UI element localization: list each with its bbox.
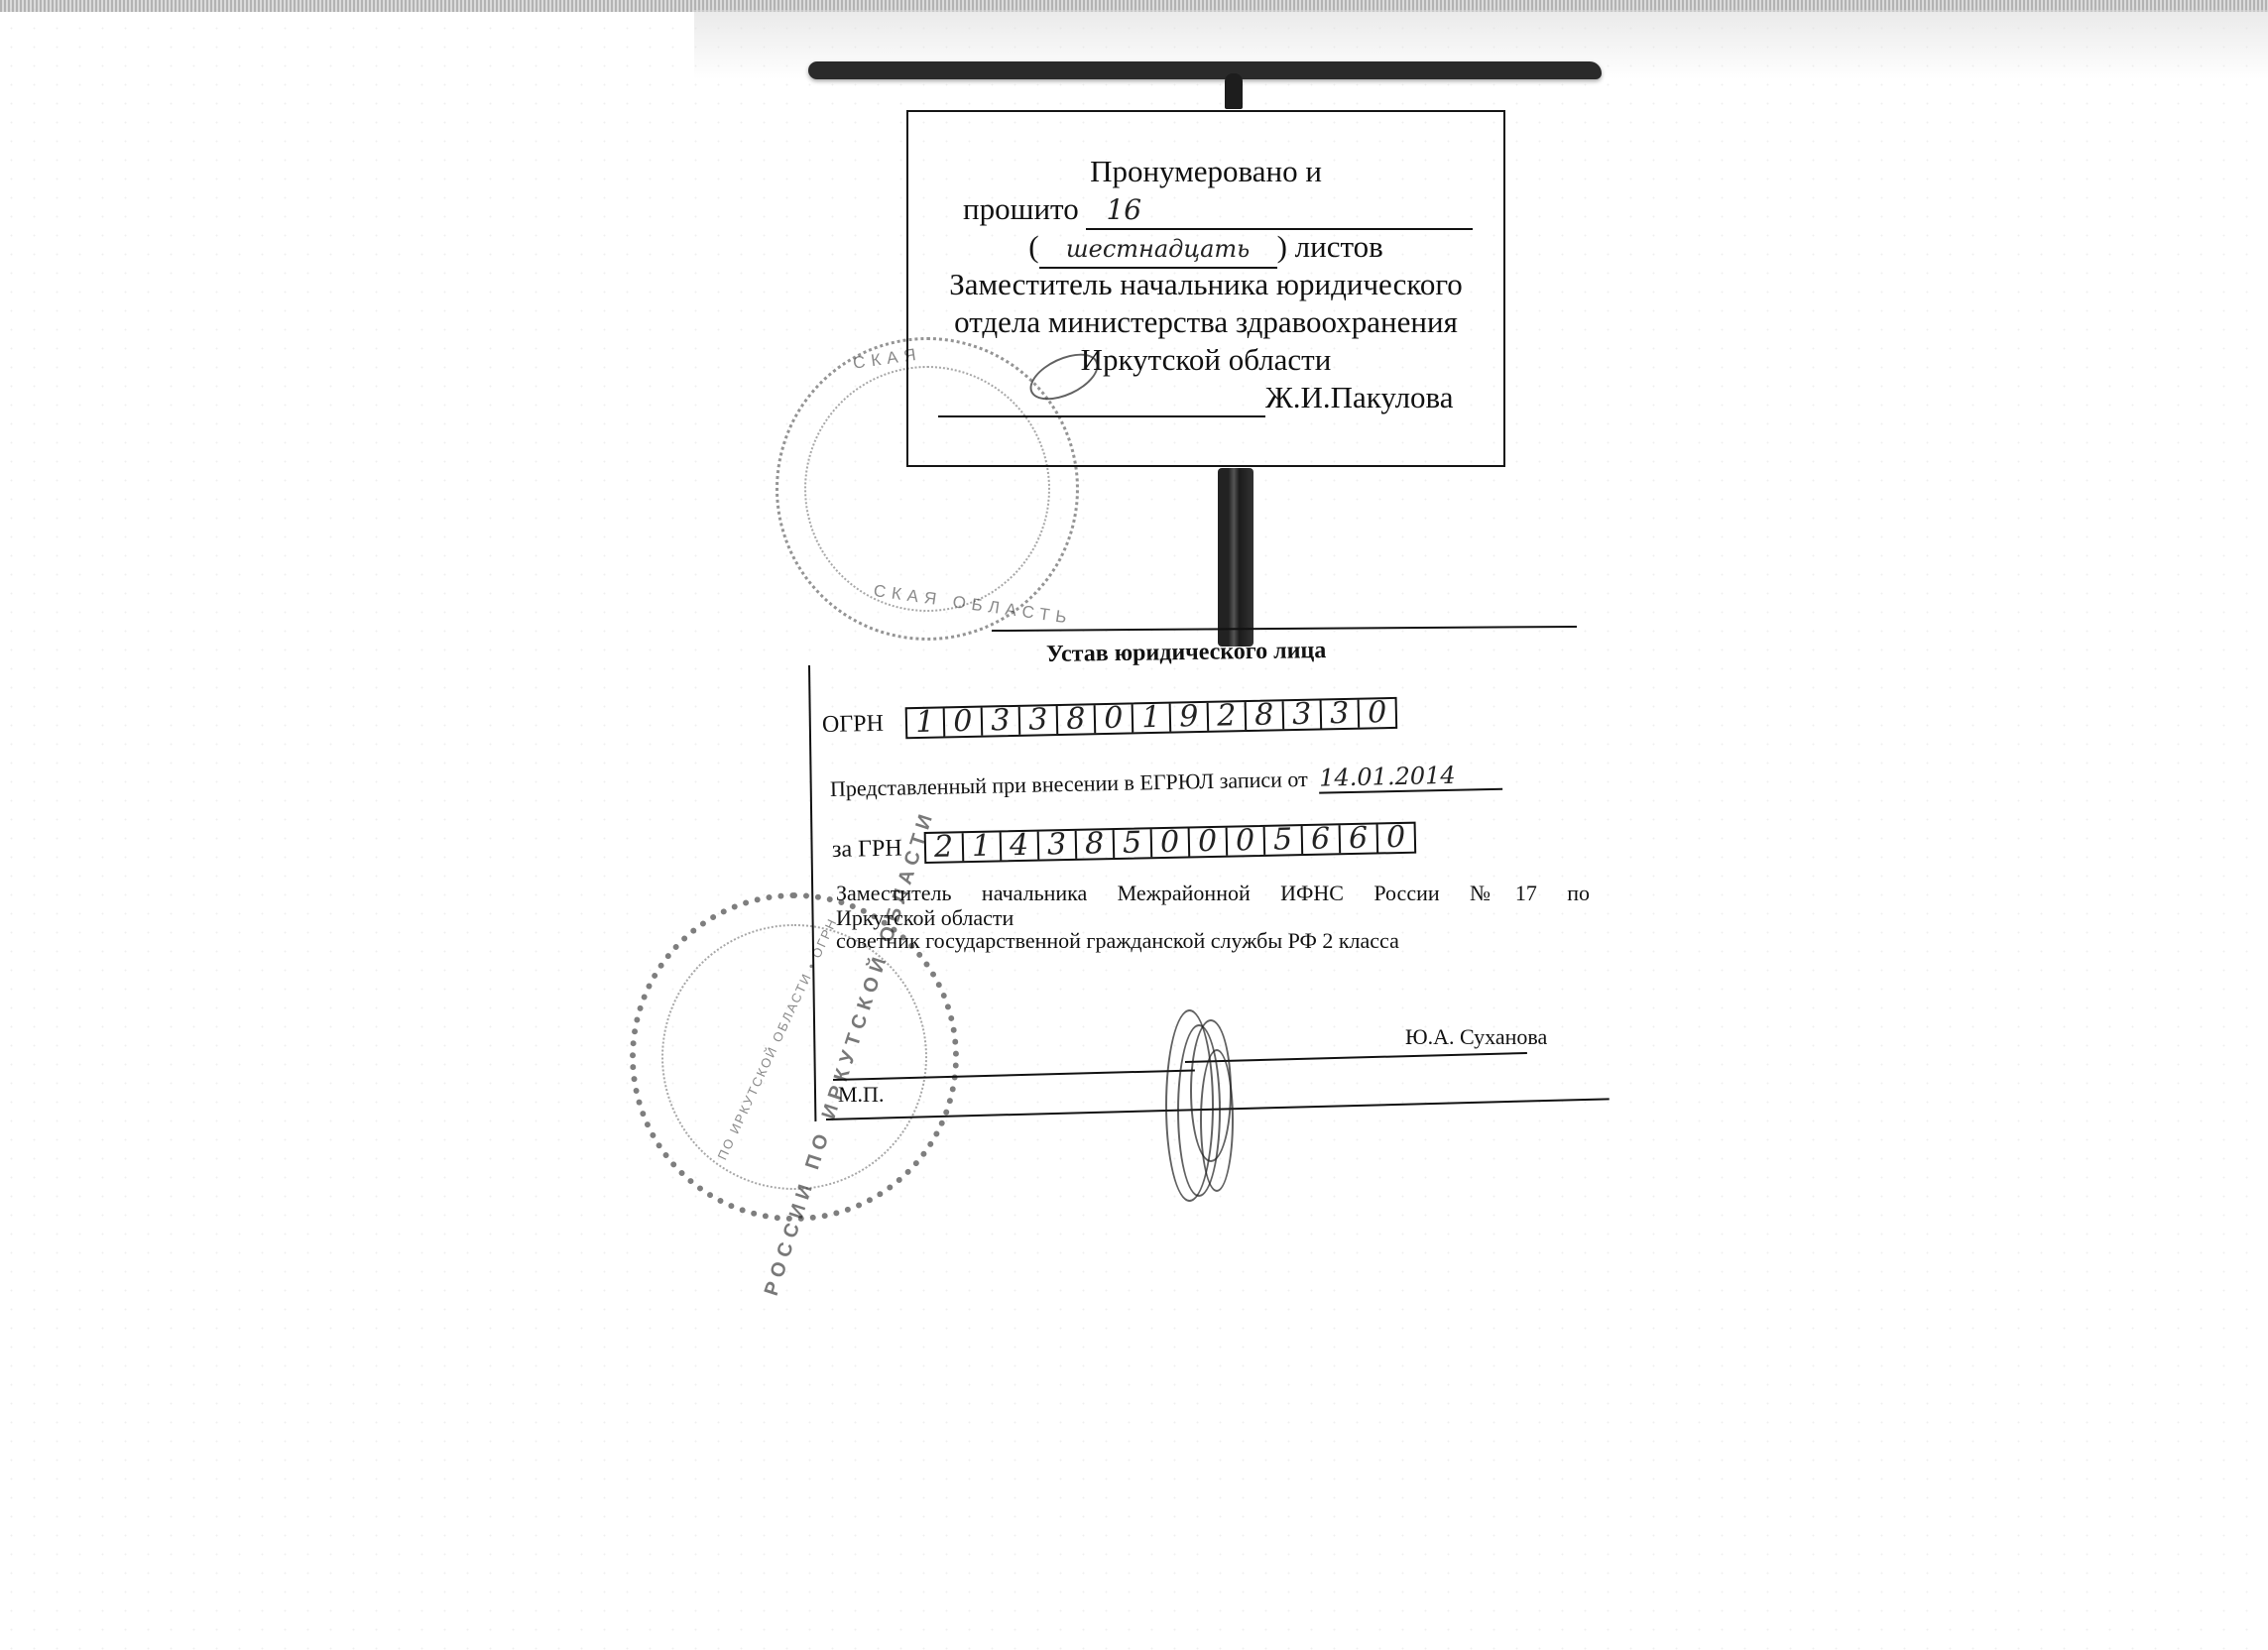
grn-digit: 5 [1264,826,1303,855]
ogrn-digit: 0 [1359,699,1395,728]
grn-digit-grid: 2 1 4 3 8 5 0 0 0 5 6 6 0 [923,822,1416,864]
ogrn-label: ОГРН [822,710,884,738]
grn-digit: 3 [1038,831,1077,860]
registration-stamp: Устав юридического лица ОГРН 1 0 3 3 8 0… [808,628,1597,1123]
ogrn-row: ОГРН 1 0 3 3 8 0 1 9 2 8 3 3 0 [822,697,1397,741]
sheet-count-words-field: шестнадцать [1039,229,1277,269]
signature-line: Ж.И.Пакулова [908,380,1533,417]
stamp-left-rule [808,665,816,1121]
stamp-top-rule [992,626,1577,632]
grn-digit: 6 [1340,824,1378,853]
position-line-1: Заместитель начальника юридического [908,267,1503,302]
ogrn-digit: 3 [1283,700,1322,729]
grn-label: за ГРН [832,835,902,863]
ogrn-digit: 8 [1247,701,1285,730]
open-paren: ( [1028,229,1038,264]
label-line-sewn: прошито 16 [908,191,1558,230]
binding-string-horizontal [808,61,1602,79]
ogrn-digit: 3 [1020,706,1059,735]
egrul-line: Представленный при внесении в ЕГРЮЛ запи… [830,761,1503,804]
sheet-count-field: 16 [1086,191,1473,230]
binding-string-vertical [1218,468,1253,647]
grn-digit: 0 [1189,828,1228,857]
signature-loop [1200,1049,1234,1192]
egrul-text: Представленный при внесении в ЕГРЮЛ запи… [830,766,1308,801]
ogrn-digit: 1 [1134,704,1172,733]
binding-label-box: Пронумеровано и прошито 16 (шестнадцать)… [906,110,1505,467]
grn-row: за ГРН 2 1 4 3 8 5 0 0 0 5 6 6 0 [832,822,1416,866]
grn-digit: 4 [1001,832,1039,861]
egrul-date-field: 14.01.2014 [1319,761,1503,794]
grn-digit: 0 [1227,827,1265,856]
ogrn-digit: 0 [945,708,984,737]
official-line-1: Заместитель начальника Межрайонной ИФНС … [836,881,1590,906]
signatory-name: Ж.И.Пакулова [1265,380,1454,414]
ogrn-digit: 9 [1171,703,1210,732]
signature-rule-upper-left [833,1069,1195,1081]
official-name: Ю.А. Суханова [1405,1024,1547,1050]
sheet-count-handwritten: 16 [1106,193,1141,226]
grn-digit: 1 [963,832,1002,861]
signature-field [938,380,1265,417]
label-sewn-prefix: прошито [963,191,1079,226]
egrul-date-handwritten: 14.01.2014 [1319,762,1456,792]
grn-digit: 8 [1076,830,1115,859]
grn-digit: 6 [1302,825,1341,854]
grn-digit: 0 [1377,824,1414,853]
grn-digit: 2 [925,833,964,862]
ogrn-digit: 1 [907,708,946,737]
stamp-title: Устав юридического лица [1046,638,1327,668]
label-line-numbered: Пронумеровано и [908,154,1503,189]
signature-rule-upper [1185,1052,1527,1063]
seal-place-label: М.П. [838,1082,884,1108]
sheets-suffix: ) листов [1277,229,1383,264]
sheet-count-words-handwritten: шестнадцать [1066,235,1250,263]
ogrn-digit: 0 [1096,704,1134,733]
grn-digit: 0 [1151,828,1190,857]
grn-digit: 5 [1114,829,1152,858]
position-line-2: отдела министерства здравоохранения [908,304,1503,340]
ogrn-digit: 3 [1321,700,1360,729]
position-line-3: Иркутской области [908,342,1503,378]
ogrn-digit-grid: 1 0 3 3 8 0 1 9 2 8 3 3 0 [905,697,1398,739]
label-line-sheets: (шестнадцать) листов [908,229,1503,269]
ogrn-digit: 8 [1058,705,1097,734]
ogrn-digit: 2 [1209,702,1248,731]
ogrn-digit: 3 [983,707,1021,736]
official-line-3: советник государственной гражданской слу… [836,928,1399,954]
binding-string-knot [1225,73,1243,109]
